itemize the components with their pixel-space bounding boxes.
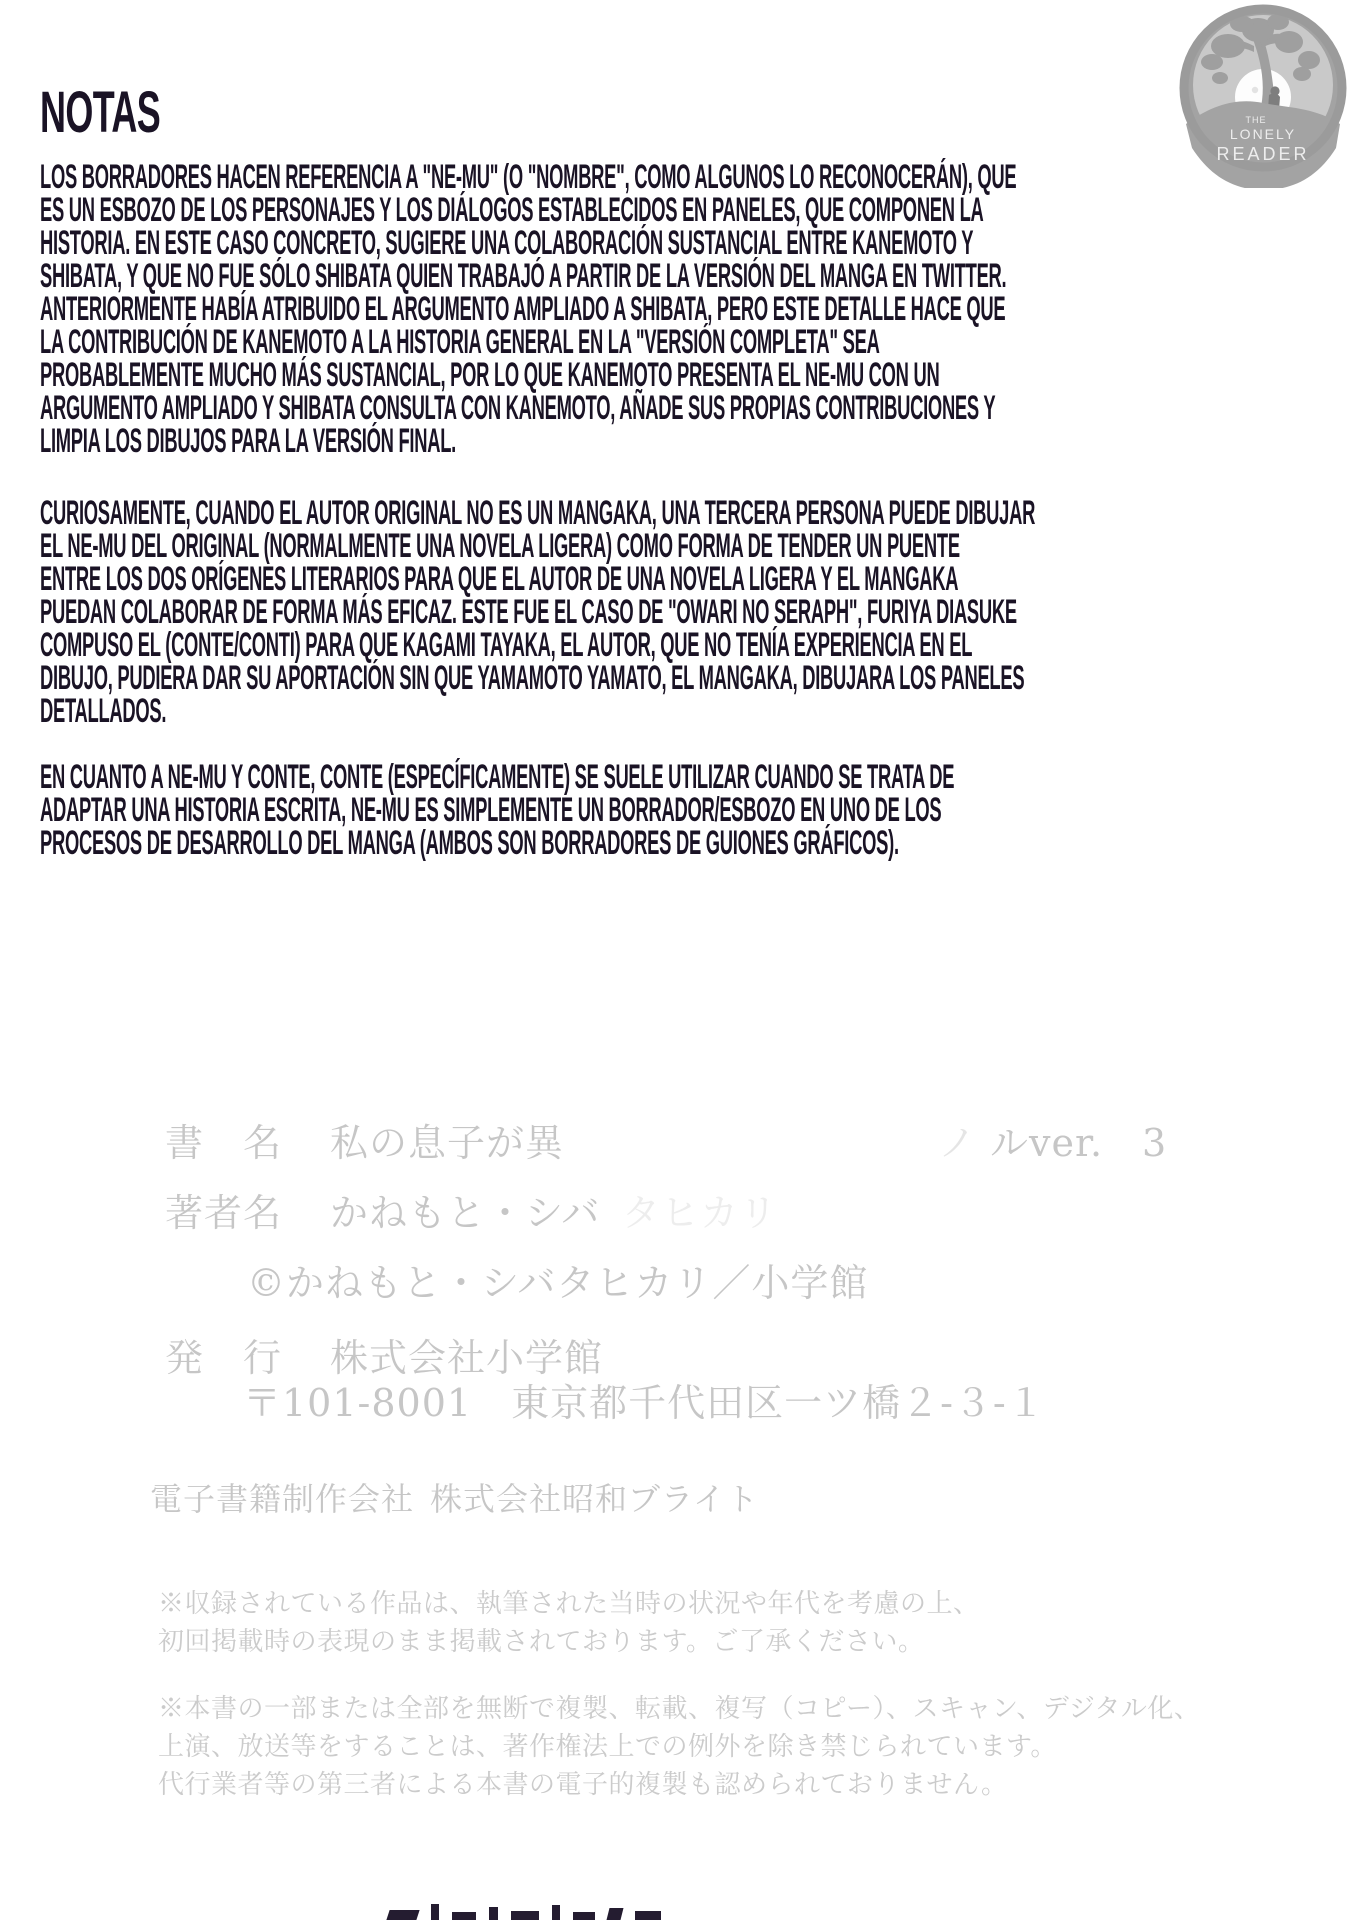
page-title: NOTAS	[40, 84, 160, 142]
colophon-ebook-label: 電子書籍制作会社	[150, 1478, 414, 1520]
notice-line: ※収録されている作品は、執筆された当時の状況や年代を考慮の上、	[158, 1585, 980, 1623]
colophon-ebook-value: 株式会社昭和ブライト	[430, 1478, 759, 1520]
notes-line: COMPUSO EL (CONTE/CONTI) PARA QUE KAGAMI…	[40, 629, 1035, 662]
notes-line: PUEDAN COLABORAR DE FORMA MÁS EFICAZ. ES…	[40, 596, 1035, 629]
colophon-address: 〒101‐8001 東京都千代田区一ツ橋２‐３‐１	[243, 1382, 1046, 1424]
colophon-book-title-fragment: ノ	[938, 1122, 977, 1164]
notes-line: ADAPTAR UNA HISTORIA ESCRITA, NE-MU ES S…	[40, 794, 1035, 827]
colophon-author-value: かねもと・シバ	[330, 1192, 600, 1234]
notes-line: LIMPIA LOS DIBUJOS PARA LA VERSIÓN FINAL…	[40, 425, 1035, 458]
colophon-publisher-label: 発 行	[165, 1337, 282, 1379]
notes-line: ES UN ESBOZO DE LOS PERSONAJES Y LOS DIÁ…	[40, 194, 1035, 227]
notes-line: HISTORIA. EN ESTE CASO CONCRETO, SUGIERE…	[40, 227, 1035, 260]
notes-page: NOTAS	[0, 0, 1354, 1920]
logo-text-the: THE	[1246, 115, 1267, 125]
notes-line: DIBUJO, PUDIERA DAR SU APORTACIÓN SIN QU…	[40, 662, 1035, 695]
notes-line: EL NE-MU DEL ORIGINAL (NORMALMENTE UNA N…	[40, 530, 1035, 563]
notes-line: EN CUANTO A NE-MU Y CONTE, CONTE (ESPECÍ…	[40, 761, 1035, 794]
notes-paragraph-2: CURIOSAMENTE, CUANDO EL AUTOR ORIGINAL N…	[40, 497, 1354, 728]
notice-reprint: ※収録されている作品は、執筆された当時の状況や年代を考慮の上、 初回掲載時の表現…	[158, 1585, 980, 1661]
notes-line: LOS BORRADORES HACEN REFERENCIA A "NE-MU…	[40, 161, 1035, 194]
colophon-author-label: 著者名	[165, 1192, 282, 1234]
notes-line: SHIBATA, Y QUE NO FUE SÓLO SHIBATA QUIEN…	[40, 260, 1035, 293]
colophon-author-fragment: タヒカリ	[622, 1192, 778, 1234]
notes-paragraph-1: LOS BORRADORES HACEN REFERENCIA A "NE-MU…	[40, 161, 1354, 458]
notes-paragraph-3: EN CUANTO A NE-MU Y CONTE, CONTE (ESPECÍ…	[40, 761, 1354, 860]
notes-line: ENTRE LOS DOS ORÍGENES LITERARIOS PARA Q…	[40, 563, 1035, 596]
notes-line: DETALLADOS.	[40, 695, 1035, 728]
colophon-publisher-value: 株式会社小学館	[330, 1337, 603, 1379]
notice-line: ※本書の一部または全部を無断で複製、転載、複写（コピー）、スキャン、デジタル化、	[158, 1690, 1200, 1728]
notice-line: 上演、放送等をすることは、著作権法上での例外を除き禁じられています。	[158, 1728, 1200, 1766]
colophon-book-title-version: ルver. 3	[990, 1122, 1167, 1164]
colophon-book-title-label: 書 名	[165, 1122, 282, 1164]
notice-line: 代行業者等の第三者による本書の電子的複製も認められておりません。	[158, 1766, 1200, 1804]
notes-line: LA CONTRIBUCIÓN DE KANEMOTO A LA HISTORI…	[40, 326, 1035, 359]
notes-line: ANTERIORMENTE HABÍA ATRIBUIDO EL ARGUMEN…	[40, 293, 1035, 326]
notice-copyright-law: ※本書の一部または全部を無断で複製、転載、複写（コピー）、スキャン、デジタル化、…	[158, 1690, 1200, 1804]
notice-line: 初回掲載時の表現のまま掲載されております。ご了承ください。	[158, 1623, 980, 1661]
logo-text-lonely: LONELY	[1230, 126, 1296, 142]
notes-line: PROCESOS DE DESARROLLO DEL MANGA (AMBOS …	[40, 827, 1035, 860]
notes-line: ARGUMENTO AMPLIADO Y SHIBATA CONSULTA CO…	[40, 392, 1035, 425]
notes-section: LOS BORRADORES HACEN REFERENCIA A "NE-MU…	[40, 161, 1354, 860]
colophon-book-title-value: 私の息子が異	[330, 1122, 564, 1164]
notes-line: CURIOSAMENTE, CUANDO EL AUTOR ORIGINAL N…	[40, 497, 1035, 530]
colophon-copyright: ©かねもと・シバタヒカリ／小学館	[247, 1262, 868, 1304]
cropped-text-marks	[388, 1902, 718, 1920]
notes-line: PROBABLEMENTE MUCHO MÁS SUSTANCIAL, POR …	[40, 359, 1035, 392]
